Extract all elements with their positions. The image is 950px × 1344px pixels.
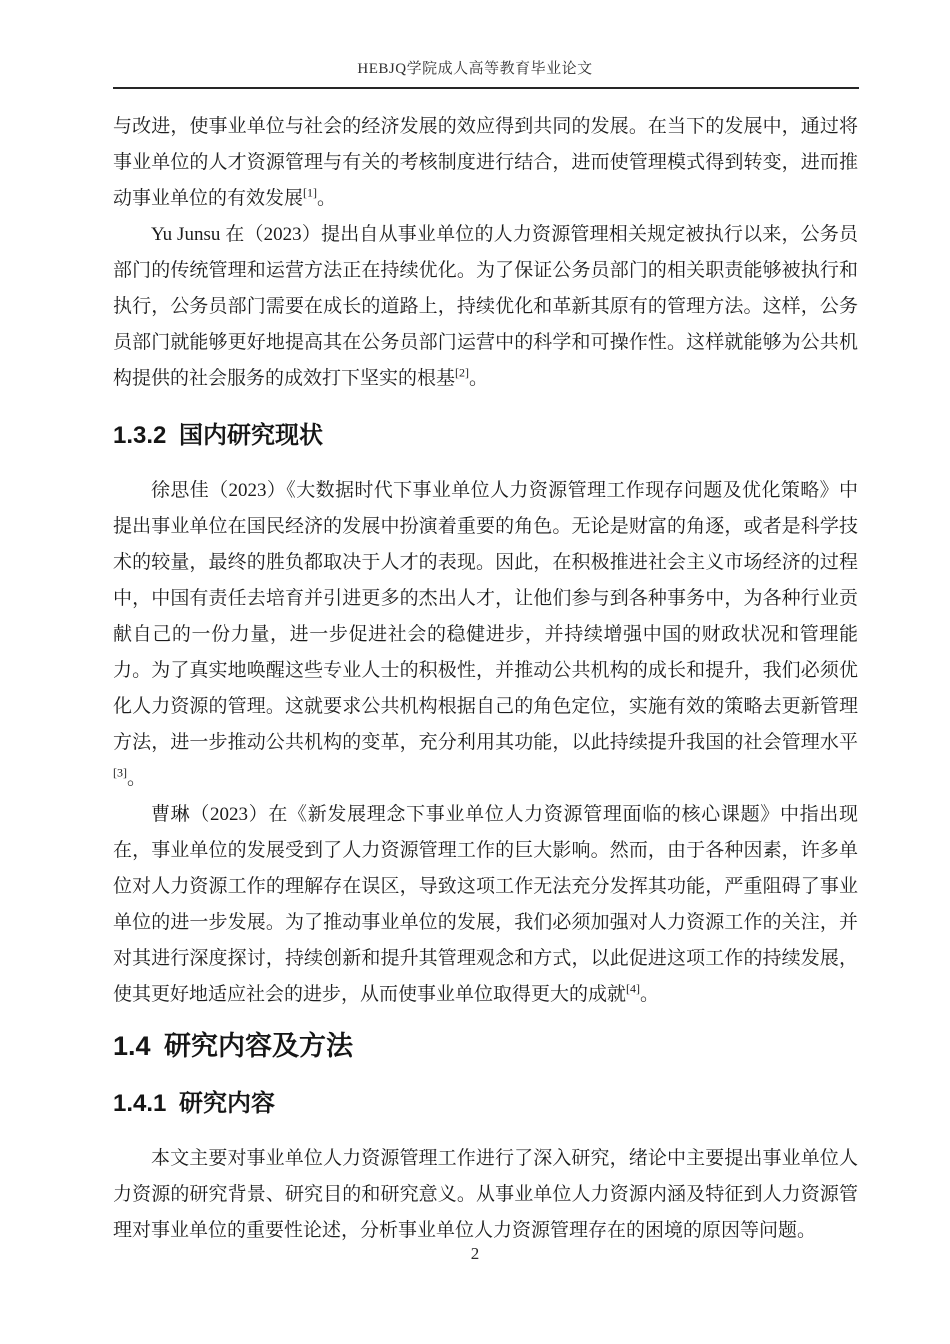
body-paragraph: 徐思佳（2023）《大数据时代下事业单位人力资源管理工作现存问题及优化策略》中提…	[113, 473, 858, 797]
section-heading: 1.4.1 研究内容	[113, 1087, 858, 1120]
text-run: 徐思佳（2023）《大数据时代下事业单位人力资源管理工作现存问题及优化策略》中提…	[113, 480, 858, 753]
body-paragraph: Yu Junsu 在（2023）提出自从事业单位的人力资源管理相关规定被执行以来…	[113, 217, 858, 397]
text-run: 。	[127, 768, 146, 789]
text-run: 。	[640, 984, 659, 1005]
citation-ref: [2]	[455, 366, 469, 380]
page-footer: 2	[0, 1244, 950, 1264]
citation-ref: [3]	[113, 766, 127, 780]
header-rule-divider	[113, 87, 859, 89]
text-run: 曹琳（2023）在《新发展理念下事业单位人力资源管理面临的核心课题》中指出现在，…	[113, 804, 858, 1005]
citation-ref: [1]	[303, 186, 317, 200]
text-run: 。	[469, 368, 488, 389]
text-run: 与改进，使事业单位与社会的经济发展的效应得到共同的发展。在当下的发展中，通过将事…	[113, 116, 858, 209]
text-run: 。	[317, 188, 336, 209]
text-run: Yu Junsu 在（2023）提出自从事业单位的人力资源管理相关规定被执行以来…	[113, 224, 858, 389]
body-paragraph: 与改进，使事业单位与社会的经济发展的效应得到共同的发展。在当下的发展中，通过将事…	[113, 109, 858, 217]
page-header: HEBJQ学院成人高等教育毕业论文	[0, 0, 950, 89]
running-head-title: HEBJQ学院成人高等教育毕业论文	[0, 0, 950, 79]
citation-ref: [4]	[626, 982, 640, 996]
document-body: 与改进，使事业单位与社会的经济发展的效应得到共同的发展。在当下的发展中，通过将事…	[113, 109, 858, 1249]
body-paragraph: 曹琳（2023）在《新发展理念下事业单位人力资源管理面临的核心课题》中指出现在，…	[113, 797, 858, 1013]
section-heading: 1.4 研究内容及方法	[113, 1027, 858, 1065]
document-page: HEBJQ学院成人高等教育毕业论文 与改进，使事业单位与社会的经济发展的效应得到…	[0, 0, 950, 1344]
page-number: 2	[471, 1244, 480, 1263]
text-run: 本文主要对事业单位人力资源管理工作进行了深入研究，绪论中主要提出事业单位人力资源…	[113, 1148, 858, 1241]
section-heading: 1.3.2 国内研究现状	[113, 419, 858, 452]
body-paragraph: 本文主要对事业单位人力资源管理工作进行了深入研究，绪论中主要提出事业单位人力资源…	[113, 1141, 858, 1249]
